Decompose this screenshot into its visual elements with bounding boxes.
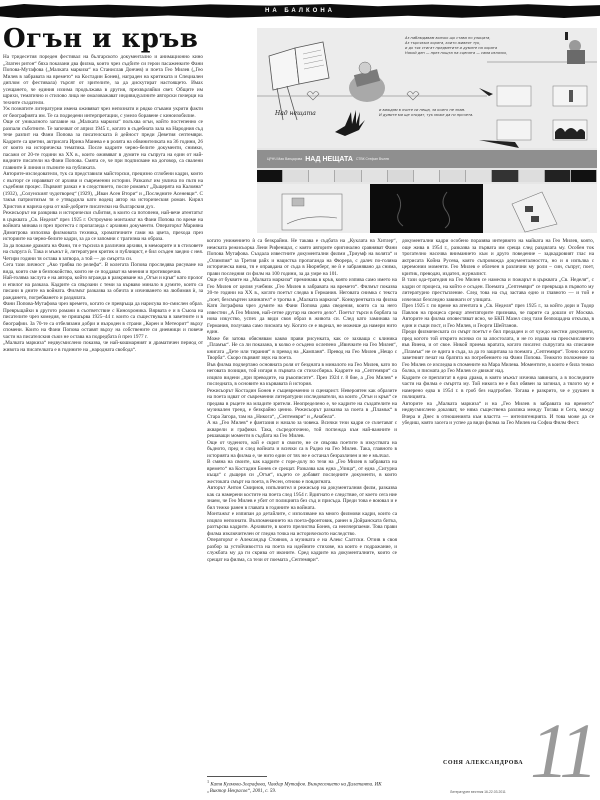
paragraph: В смяна на своите, как кадрите с горе-до… (207, 459, 397, 485)
illustration-drawing-panel: Аз наблюдавам всичко що става по улицата… (257, 28, 597, 148)
article-column-3: документални кадри особено поразява инте… (402, 238, 594, 700)
footnote-text: Катя Кузмова-Зографова, Чавдар Мутафов. … (207, 783, 382, 794)
paragraph: В тази ода-трагедия на Гео Милев се наме… (402, 277, 594, 303)
paragraph: Режисьорът ни разкрива и исторически съб… (3, 210, 203, 243)
sketch-panels-icon (257, 184, 597, 233)
page-number: 11 (530, 712, 594, 790)
illustration-credits-bar: ЦРНЧ Мая Вапцарова НАД НЕЩАТА СТВК Стефа… (257, 150, 597, 168)
footnote-divider (207, 776, 267, 777)
paragraph: Най-голяма заслуга е на автора, който вг… (3, 275, 203, 301)
article-headline: Огън и кръв (3, 24, 198, 54)
illustration-bottom-panels (257, 184, 597, 233)
paragraph: На тридесетия пореден фестивал на българ… (3, 54, 203, 106)
paragraph: Монтажът е изпипан до детайлите, с изпол… (207, 511, 397, 537)
paragraph: Още от чуденото, кой е скрит в своите, н… (207, 440, 397, 460)
paragraph: Авторът Антон Смирнов, изпълнител и режи… (207, 485, 397, 511)
paragraph: Още от уникалното заглавие на „Малката м… (3, 119, 203, 171)
paragraph: За да покаже драмата на Фани, тя е търси… (3, 243, 203, 263)
paragraph: Още от буквите на „Малката маркиза“ прем… (207, 277, 397, 336)
handwritten-note-2: и виждам в очите си неща, за които не зн… (379, 108, 489, 118)
paragraph: През 1925 г. по време на атентата в „Св.… (402, 303, 594, 329)
film-title: НАД НЕЩАТА (305, 156, 353, 163)
paragraph: Уж познатите литературни имена оживяват … (3, 106, 203, 119)
thumbnail-strip (257, 170, 597, 182)
paragraph: А на „Гео Милев“ е фантазия и начало за … (207, 420, 397, 440)
paragraph: Във филма подчертано основната роля от б… (207, 362, 397, 388)
article-column-2: когато унижението ѝ са безкрайни. Не так… (207, 238, 397, 760)
paragraph: Авторите-изследователи, тук са представи… (3, 171, 203, 210)
article-illustration: Аз наблюдавам всичко що става по улицата… (257, 28, 597, 233)
paragraph: Фани Попова-Мутафова чрез времето, когат… (3, 301, 203, 340)
paragraph: Сега тази личност „Ако трябва по релефа“… (3, 262, 203, 275)
paragraph: когато унижението ѝ са безкрайни. Не так… (207, 238, 397, 277)
paragraph: Режисьорът Костадин Бонев е същевременно… (207, 388, 397, 421)
article-column-1: На тридесетия пореден фестивал на българ… (3, 54, 203, 796)
paragraph: Кадрите се преплитат в една драма, в коя… (402, 375, 594, 401)
paragraph: Може би затова обяснявам какво прави рис… (207, 336, 397, 362)
page-footer: Литературен вестник 16-22.03.2011 (450, 790, 506, 794)
paragraph: Авторите на „Малката маркиза“ и на „Гео … (402, 401, 594, 427)
credits-right: СТВК Стефан Вълев (356, 157, 389, 161)
footnote: 1 Катя Кузмова-Зографова, Чавдар Мутафов… (207, 779, 402, 795)
section-banner: НА БАЛКОНА (0, 4, 600, 18)
handwritten-note-1: Аз наблюдавам всичко що става по улицата… (405, 36, 555, 56)
section-banner-label: НА БАЛКОНА (265, 8, 335, 14)
paragraph: Преди филмическата си смърт поетът е бил… (402, 329, 594, 375)
paragraph: Операторът е Александър Стоянов, а музик… (207, 537, 397, 563)
footnote-marker: 1 (207, 779, 209, 784)
author-signature: СОНЯ АЛЕКСАНДРОВА (443, 760, 523, 766)
paragraph: „Малката маркиза“ недвусмислено показва,… (3, 340, 203, 353)
handwritten-title: Над нещата (275, 110, 316, 117)
credits-left: ЦРНЧ Мая Вапцарова (267, 157, 302, 161)
paragraph: документални кадри особено поразява инте… (402, 238, 594, 277)
